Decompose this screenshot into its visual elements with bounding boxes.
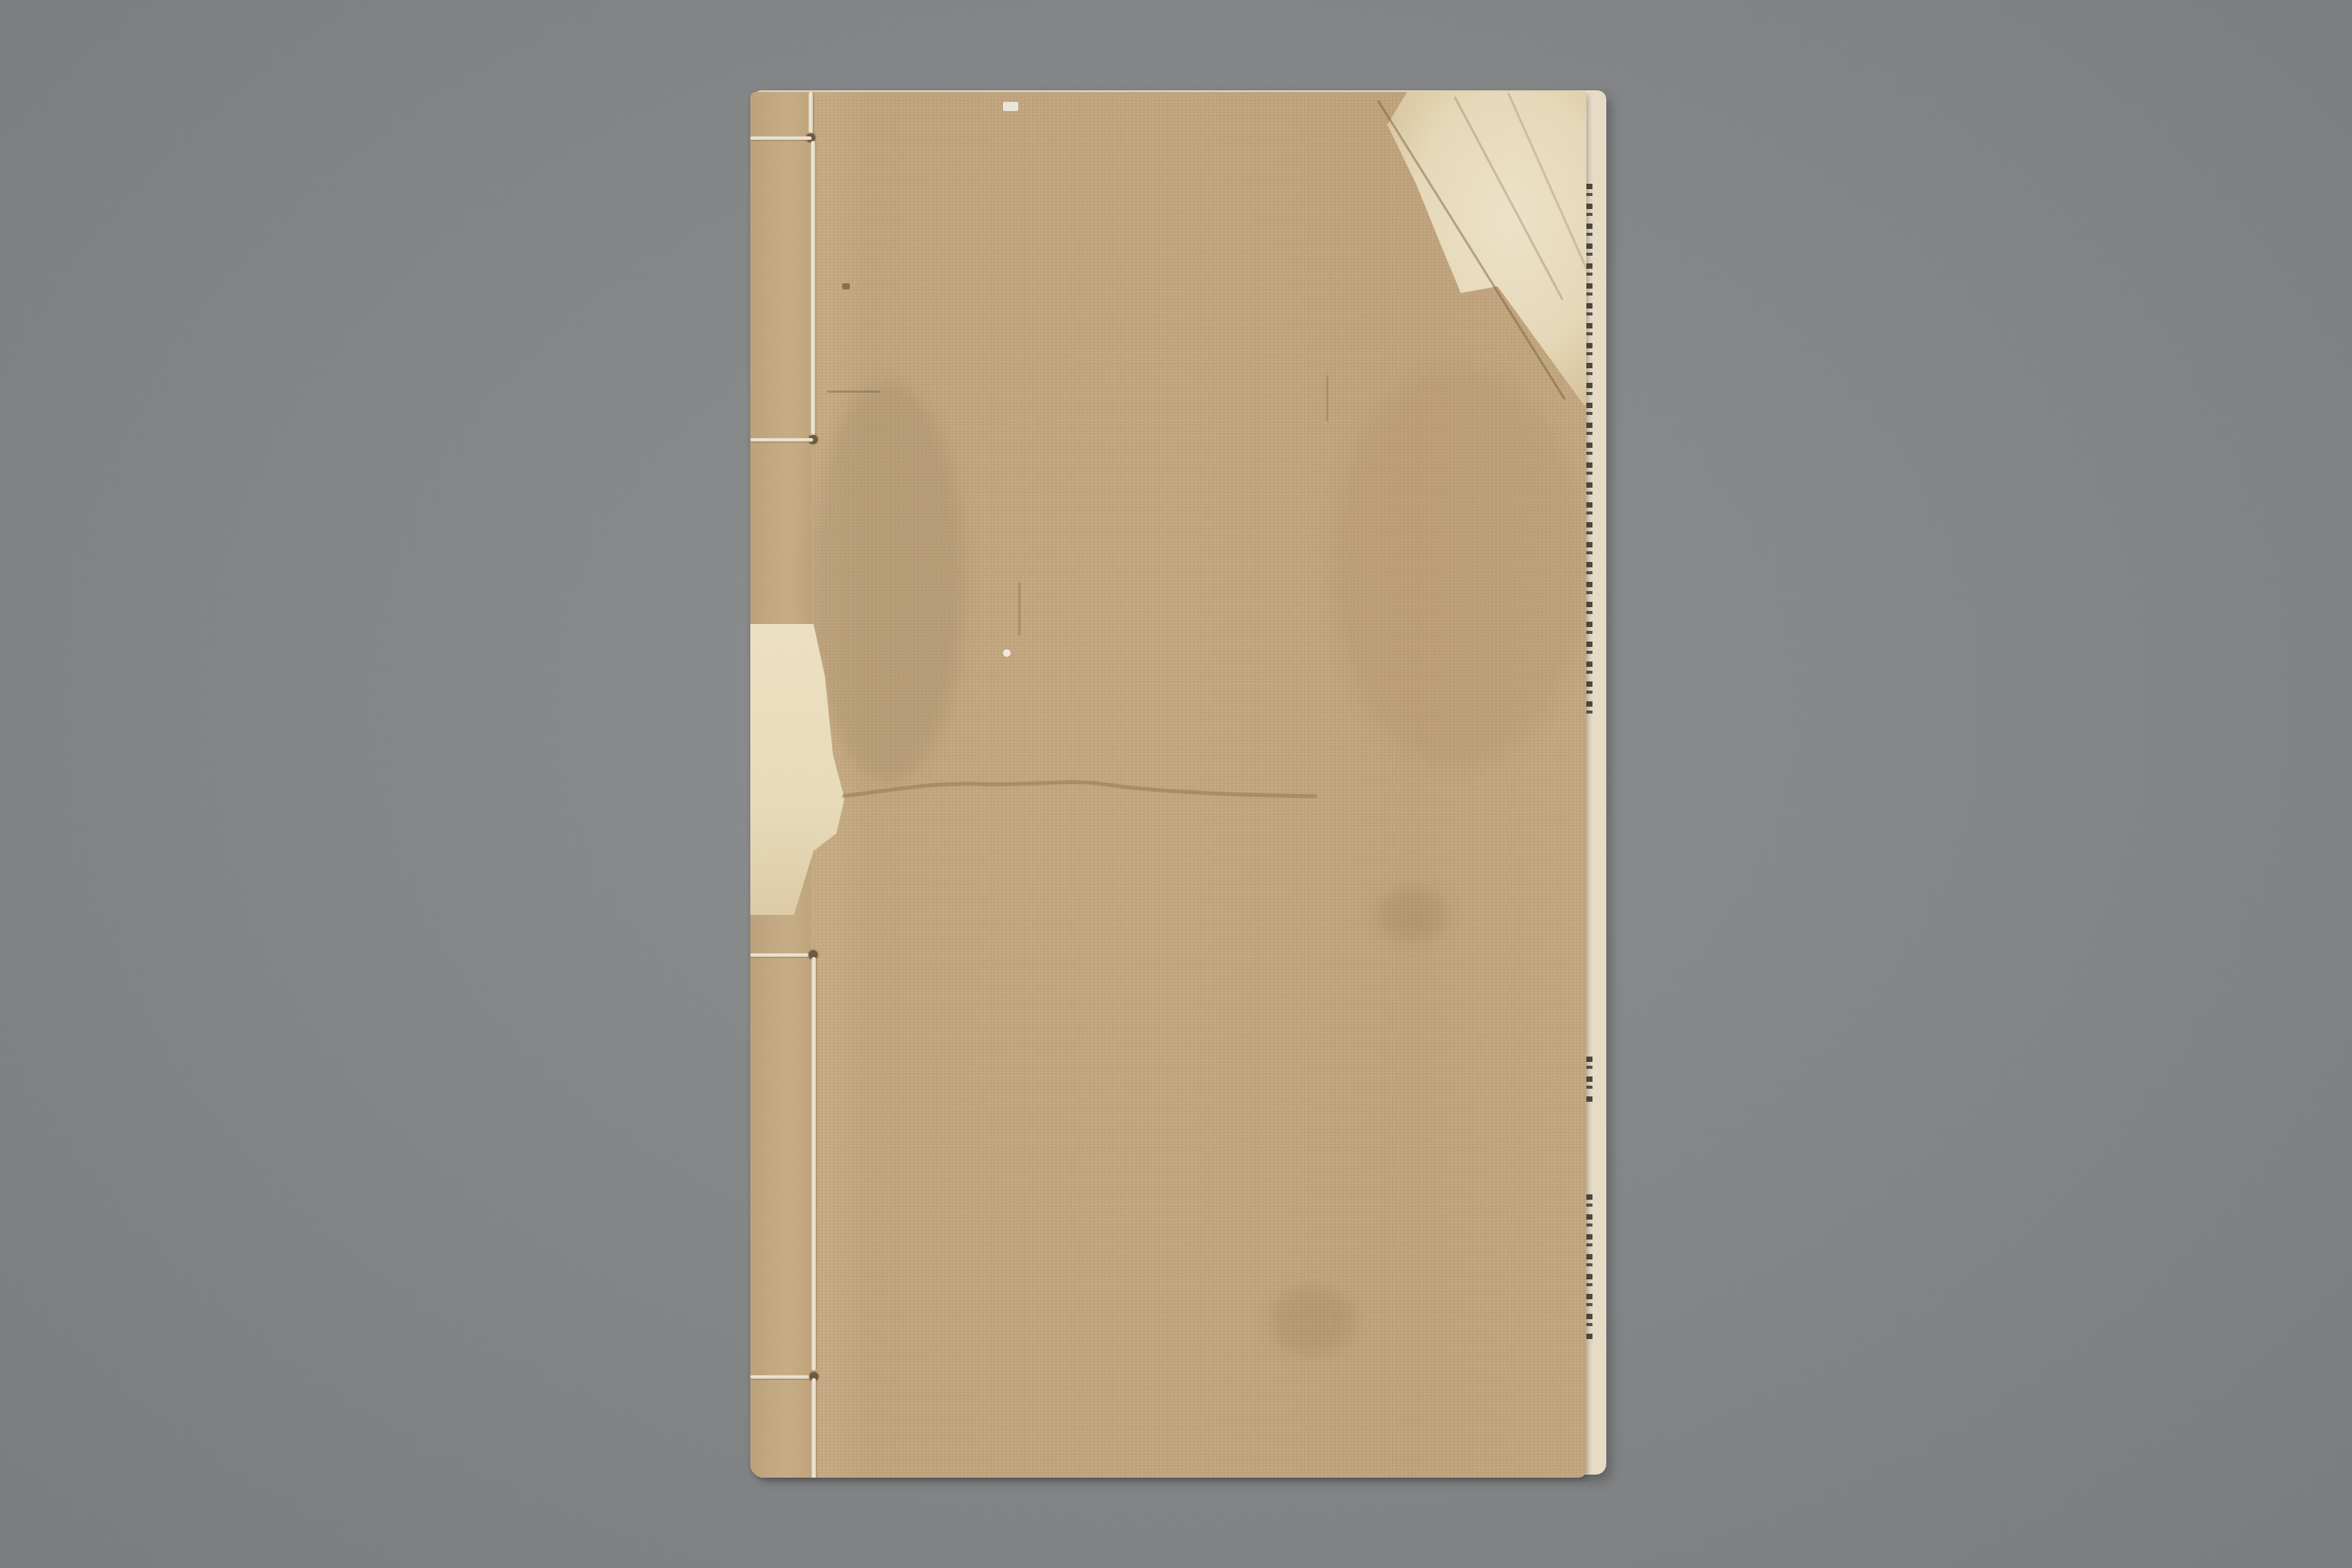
binding-thread bbox=[750, 438, 813, 442]
stain-right-upper bbox=[1332, 367, 1585, 766]
photo-scene bbox=[0, 0, 2352, 1568]
scratch bbox=[1326, 375, 1328, 421]
stain-spine-area bbox=[812, 383, 965, 781]
book-cover bbox=[750, 92, 1586, 1478]
binding-thread bbox=[750, 953, 813, 957]
stain-spot bbox=[1271, 1286, 1355, 1355]
paper-fleck bbox=[1003, 102, 1018, 111]
ink-speck bbox=[842, 283, 850, 289]
binding-thread bbox=[750, 136, 812, 140]
water-stain-line bbox=[842, 773, 1332, 804]
binding-thread bbox=[750, 1375, 815, 1379]
fold-mark bbox=[827, 390, 880, 393]
stain-spot bbox=[1378, 888, 1447, 942]
scratch bbox=[1018, 582, 1021, 635]
paper-fleck bbox=[1003, 649, 1011, 657]
binding-thread bbox=[808, 92, 813, 138]
binding-thread bbox=[812, 1378, 816, 1478]
binding-thread bbox=[812, 957, 816, 1370]
binding-thread bbox=[811, 141, 815, 439]
